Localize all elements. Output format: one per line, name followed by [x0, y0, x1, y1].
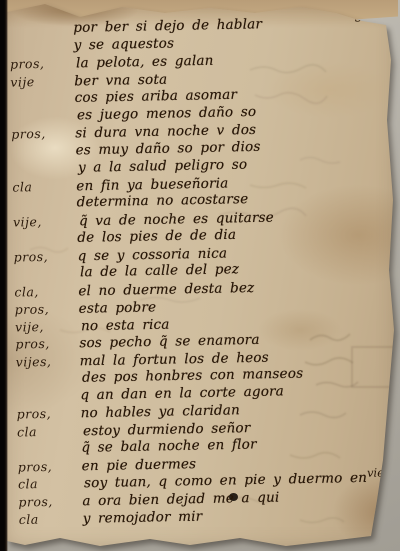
verse-text: no esta rica: [81, 316, 170, 335]
speaker-label: pros,: [18, 492, 82, 511]
speaker-label: cla: [18, 474, 82, 493]
margin-note: 3 2: [355, 9, 374, 27]
photo-backdrop: por ber si dejo de hablar 3 2 y se aques…: [0, 0, 400, 551]
speaker-label: vije: [10, 72, 74, 91]
speaker-label: vije,: [13, 212, 77, 231]
speaker-label: pros,: [14, 247, 78, 266]
verse-text: por ber si dejo de hablar: [73, 16, 262, 37]
verse-text: de los pies de de dia: [77, 227, 236, 248]
speaker-label: cla: [17, 422, 81, 441]
verse-text: y remojador mir: [83, 508, 203, 528]
binding-shadow: [0, 0, 8, 551]
speaker-label: [16, 382, 80, 383]
speaker-label: [11, 119, 75, 120]
verse-text: q̃ se bala noche en flor: [81, 436, 257, 457]
speaker-label: [12, 154, 76, 155]
speaker-label: [14, 276, 78, 277]
speaker-label: [11, 102, 75, 103]
verse-text: cos pies ariba asomar: [75, 87, 238, 108]
speaker-label: [12, 172, 76, 173]
verse-text: la pelota, es galan: [76, 53, 214, 73]
speaker-label: [13, 242, 77, 243]
speaker-label: pros,: [15, 300, 79, 319]
speaker-label: pros,: [15, 334, 79, 353]
verse-text: la de la calle del pez: [80, 261, 239, 282]
speaker-label: [9, 32, 73, 33]
speaker-label: [17, 452, 81, 453]
speaker-label: pros,: [10, 54, 74, 73]
manuscript-page: por ber si dejo de hablar 3 2 y se aques…: [0, 0, 400, 551]
speaker-label: vije,: [15, 317, 79, 336]
speaker-label: [10, 49, 74, 50]
verse-text: esta pobre: [79, 299, 157, 318]
speaker-label: cla: [19, 510, 83, 529]
speaker-label: pros,: [11, 124, 75, 143]
text-block: por ber si dejo de hablar 3 2 y se aques…: [5, 13, 393, 528]
verse-text: determina no acostarse: [77, 191, 249, 212]
verse-text: en pie duermes: [82, 456, 197, 476]
speaker-label: pros,: [18, 457, 82, 476]
speaker-label: cla: [12, 177, 76, 196]
speaker-label: [13, 206, 77, 207]
speaker-label: [16, 399, 80, 400]
verse-text: y a la salud peligro so: [78, 157, 248, 178]
speaker-label: vijes,: [16, 352, 80, 371]
speaker-label: pros,: [17, 404, 81, 423]
verse-text: y se aquestos: [73, 35, 174, 54]
paper-wrap: por ber si dejo de hablar 3 2 y se aques…: [0, 0, 400, 551]
speaker-label: cla,: [14, 282, 78, 301]
margin-note: vie: [367, 464, 384, 482]
